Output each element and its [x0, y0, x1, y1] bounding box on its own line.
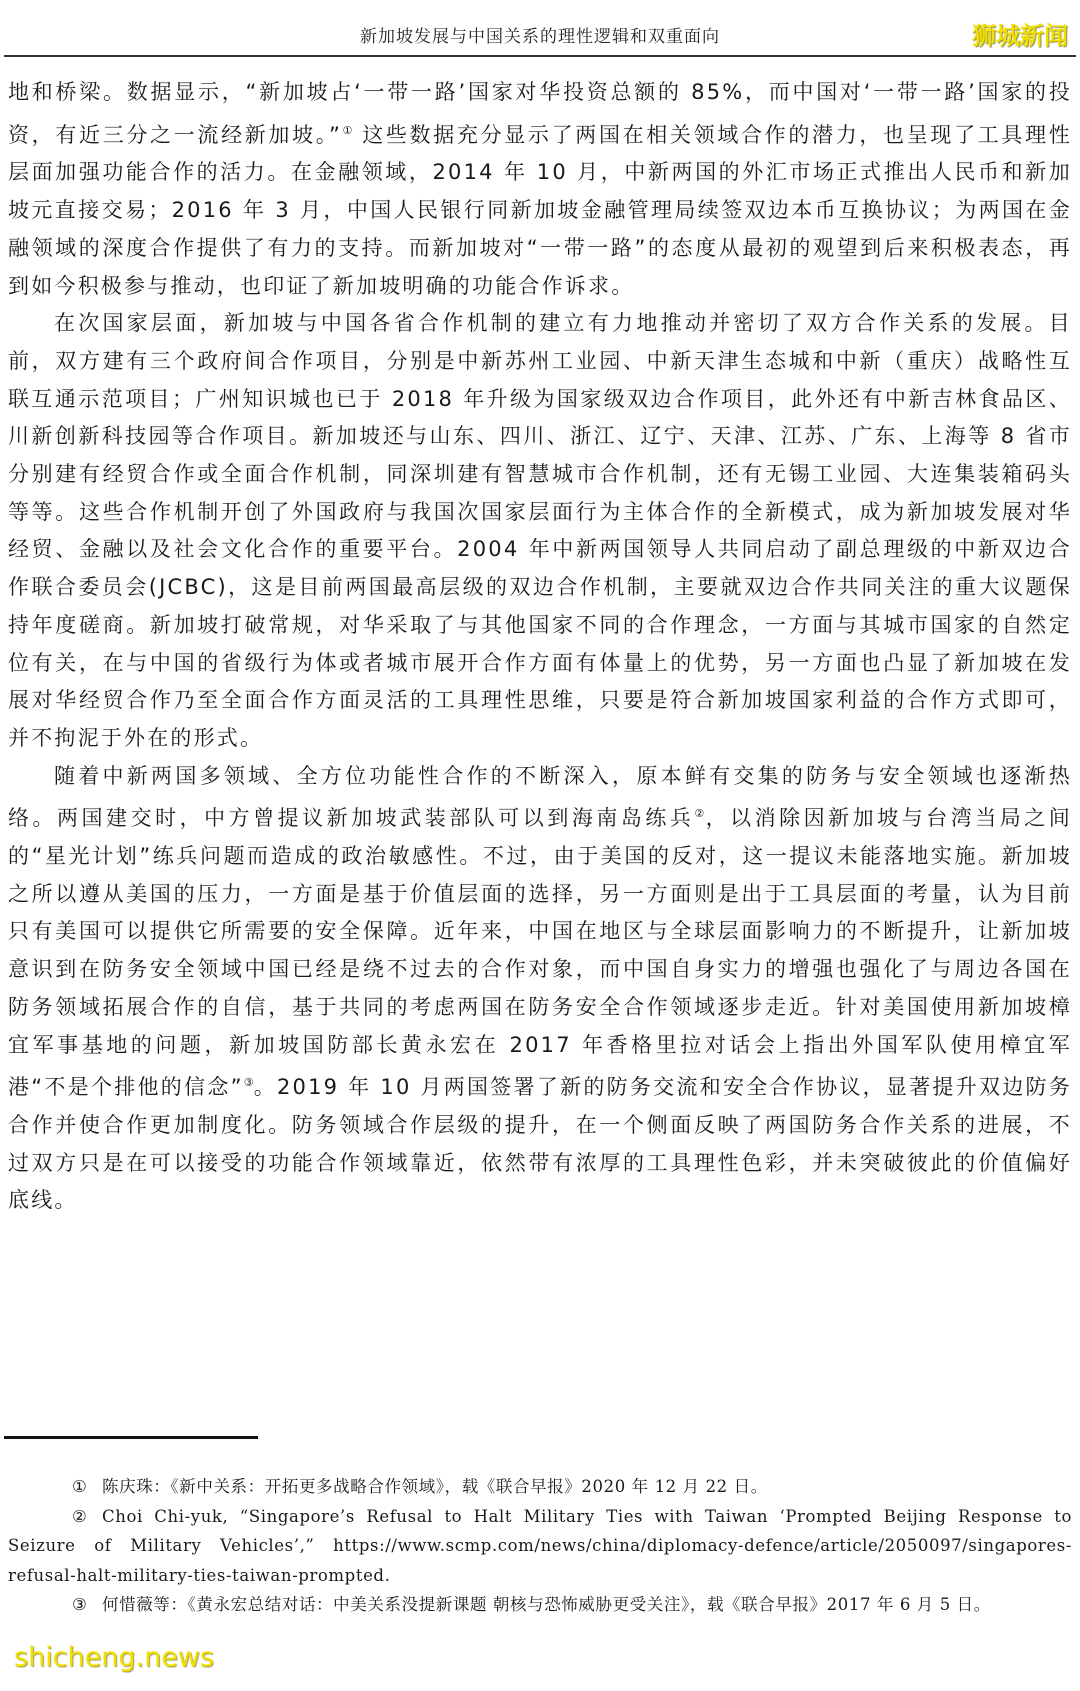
footnote-ref[interactable]: ② [694, 807, 705, 820]
watermark-logo: 狮城新闻 [972, 16, 1068, 51]
footnote-text: Choi Chi-yuk, “Singapore’s Refusal to Ha… [8, 1507, 1072, 1585]
paragraph-text: 这些数据充分显示了两国在相关领域合作的潜力，也呈现了工具理性层面加强功能合作的活… [8, 123, 1072, 298]
footnote-item: ③何惜薇等：《黄永宏总结对话：中美关系没提新课题 朝核与恐怖威胁更受关注》，载《… [8, 1590, 1072, 1620]
page-header: 新加坡发展与中国关系的理性逻辑和双重面向 狮城新闻 [0, 0, 1080, 58]
footnote-mark: ① [72, 1472, 102, 1502]
footnote-ref[interactable]: ① [342, 124, 353, 137]
footnote-item: ①陈庆珠：《新中关系：开拓更多战略合作领域》，载《联合早报》2020 年 12 … [8, 1472, 1072, 1502]
footnote-ref[interactable]: ③ [244, 1076, 254, 1089]
paragraph-text: ，以消除因新加坡与台湾当局之间的“星光计划”练兵问题而造成的政治敏感性。不过，由… [8, 806, 1072, 1099]
article-body: 地和桥梁。数据显示，“新加坡占‘一带一路’国家对华投资总额的 85%，而中国对‘… [8, 74, 1072, 1220]
watermark-url: shicheng.news [14, 1642, 214, 1673]
footnote-text: 陈庆珠：《新中关系：开拓更多战略合作领域》，载《联合早报》2020 年 12 月… [102, 1477, 768, 1496]
footnote-text: 何惜薇等：《黄永宏总结对话：中美关系没提新课题 朝核与恐怖威胁更受关注》，载《联… [102, 1595, 991, 1614]
paragraph: 地和桥梁。数据显示，“新加坡占‘一带一路’国家对华投资总额的 85%，而中国对‘… [8, 74, 1072, 305]
paragraph-text: 在次国家层面，新加坡与中国各省合作机制的建立有力地推动并密切了双方合作关系的发展… [8, 311, 1072, 750]
footnote-mark: ③ [72, 1590, 102, 1620]
paragraph: 在次国家层面，新加坡与中国各省合作机制的建立有力地推动并密切了双方合作关系的发展… [8, 305, 1072, 757]
footnotes: ①陈庆珠：《新中关系：开拓更多战略合作领域》，载《联合早报》2020 年 12 … [8, 1472, 1072, 1620]
running-title: 新加坡发展与中国关系的理性逻辑和双重面向 [0, 22, 1080, 47]
footnote-mark: ② [72, 1502, 102, 1532]
paragraph: 随着中新两国多领域、全方位功能性合作的不断深入，原本鲜有交集的防务与安全领域也逐… [8, 758, 1072, 1220]
footnote-item: ②Choi Chi-yuk, “Singapore’s Refusal to H… [8, 1502, 1072, 1591]
footnote-divider [4, 1436, 258, 1439]
header-divider [4, 55, 1076, 57]
